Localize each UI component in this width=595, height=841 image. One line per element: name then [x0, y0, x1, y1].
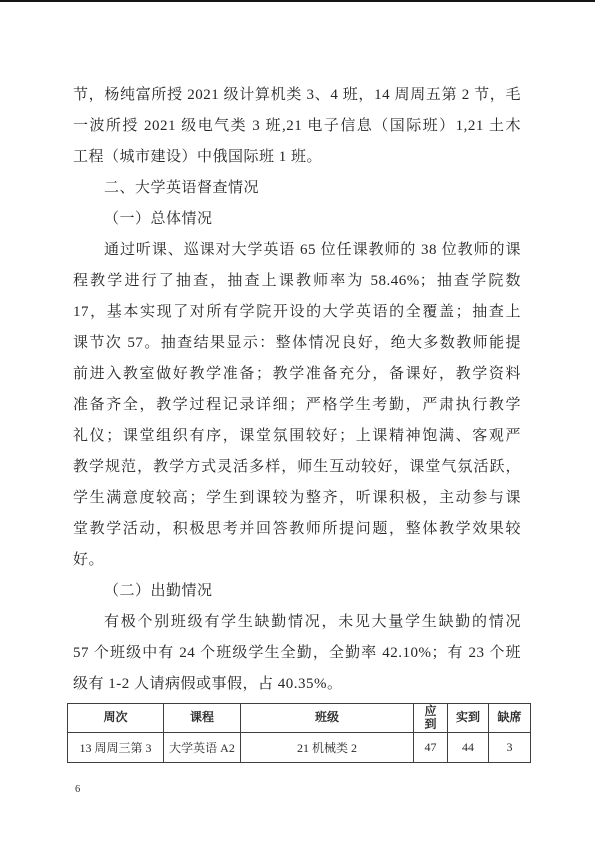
- body-line: 前进入教室做好教学准备；教学准备充分，备课好，教学资料: [73, 359, 521, 390]
- body-line: 课节次 57。抽查结果显示：整体情况良好，绝大多数教师能提: [73, 328, 521, 359]
- cell-absent: 3: [489, 733, 531, 763]
- cell-course: 大学英语 A2: [164, 733, 241, 763]
- column-header-present: 实到: [448, 704, 489, 733]
- body-text: 节，杨纯富所授 2021 级计算机类 3、4 班，14 周周五第 2 节，毛 一…: [73, 80, 521, 700]
- section-heading: （一）总体情况: [73, 204, 521, 235]
- body-line: 工程（城市建设）中俄国际班 1 班。: [73, 142, 521, 173]
- column-header-absent: 缺席: [489, 704, 531, 733]
- body-line: 教学规范，教学方式灵活多样，师生互动较好，课堂气氛活跃，: [73, 452, 521, 483]
- body-line: 堂教学活动，积极思考并回答教师所提问题，整体教学效果较: [73, 514, 521, 545]
- column-header-course: 课程: [164, 704, 241, 733]
- table-row: 13 周周三第 3 大学英语 A2 21 机械类 2 47 44 3: [68, 733, 531, 763]
- column-header-expected: 应到: [414, 704, 448, 733]
- body-line: 通过听课、巡课对大学英语 65 位任课教师的 38 位教师的课: [73, 235, 521, 266]
- body-line: 准备齐全，教学过程记录详细；严格学生考勤，严肃执行教学: [73, 390, 521, 421]
- cell-week: 13 周周三第 3: [68, 733, 164, 763]
- column-header-expected-label: 应到: [424, 705, 438, 731]
- page-number: 6: [75, 784, 80, 795]
- column-header-week: 周次: [68, 704, 164, 733]
- body-line: 级有 1-2 人请病假或事假，占 40.35%。: [73, 669, 521, 700]
- body-line: 有极个别班级有学生缺勤情况，未见大量学生缺勤的情况: [73, 607, 521, 638]
- cell-class: 21 机械类 2: [241, 733, 414, 763]
- document-page: { "document": { "lines": [ "节，杨纯富所授 2021…: [0, 0, 595, 841]
- body-line: 程教学进行了抽查，抽查上课教师率为 58.46%；抽查学院数: [73, 266, 521, 297]
- attendance-table-header-row: 周次 课程 班级 应到 实到 缺席: [68, 704, 531, 733]
- body-line: 好。: [73, 545, 521, 576]
- body-line: 节，杨纯富所授 2021 级计算机类 3、4 班，14 周周五第 2 节，毛: [73, 80, 521, 111]
- attendance-table: 周次 课程 班级 应到 实到 缺席 13 周周三第 3 大学英语 A2 21 机…: [67, 703, 531, 763]
- body-line: 学生满意度较高；学生到课较为整齐，听课积极，主动参与课: [73, 483, 521, 514]
- column-header-class: 班级: [241, 704, 414, 733]
- section-heading: 二、大学英语督查情况: [73, 173, 521, 204]
- page-top-edge: [0, 0, 595, 2]
- section-heading: （二）出勤情况: [73, 576, 521, 607]
- body-line: 礼仪；课堂组织有序，课堂氛围较好；上课精神饱满、客观严谨，: [73, 421, 521, 452]
- body-line: 57 个班级中有 24 个班级学生全勤，全勤率 42.10%；有 23 个班: [73, 638, 521, 669]
- body-line: 17，基本实现了对所有学院开设的大学英语的全覆盖；抽查上: [73, 297, 521, 328]
- cell-present: 44: [448, 733, 489, 763]
- body-line: 一波所授 2021 级电气类 3 班,21 电子信息（国际班）1,21 土木: [73, 111, 521, 142]
- cell-expected: 47: [414, 733, 448, 763]
